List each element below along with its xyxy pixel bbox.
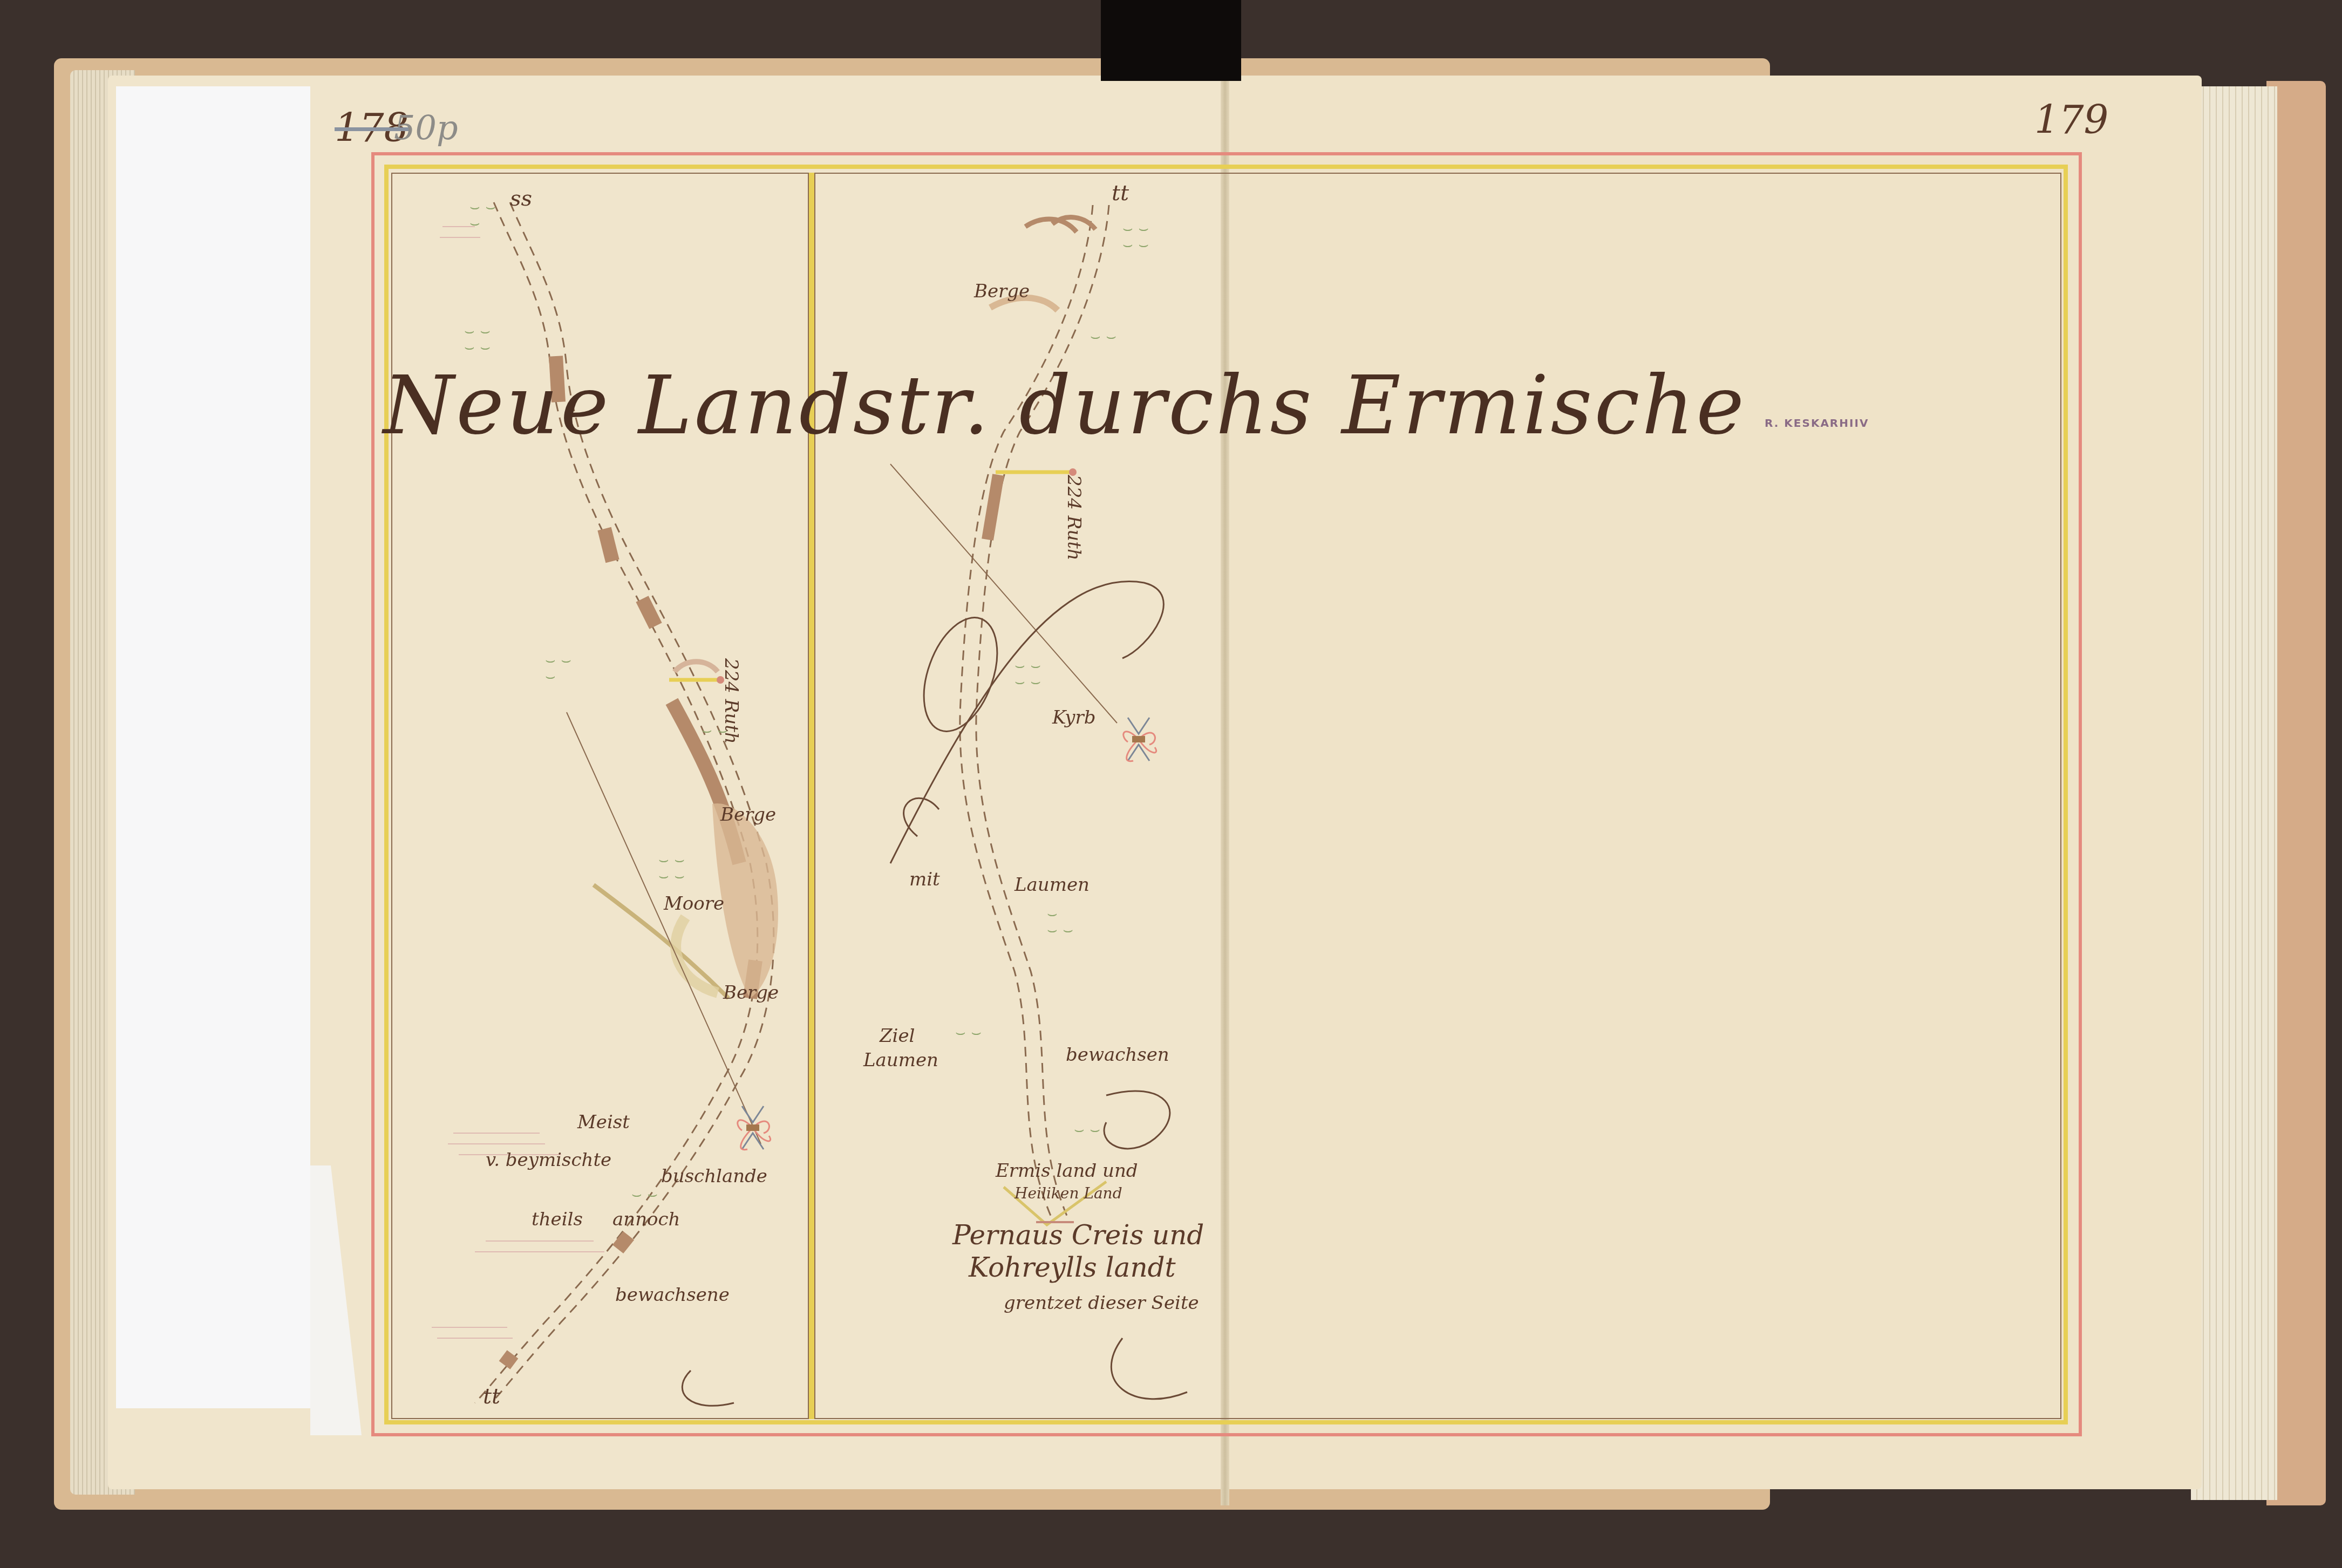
start-marker-strip-2: tt — [1112, 181, 1129, 206]
boundary-note-line-2: Heiliken Land — [1015, 1184, 1122, 1202]
compass-rose-icon-2 — [1124, 718, 1156, 761]
marsh-symbol: ⌣ ⌣⌣ — [469, 200, 496, 232]
marsh-symbol: ⌣ ⌣ — [1074, 1122, 1100, 1138]
label-annoch: annoch — [612, 1209, 680, 1230]
marsh-symbol: ⌣ ⌣⌣ ⌣ — [1122, 221, 1149, 254]
label-berge-strip-2: Berge — [974, 281, 1030, 302]
marsh-symbol: ⌣⌣ ⌣ — [1047, 906, 1073, 939]
label-berge-2: Berge — [723, 982, 779, 1004]
archive-stamp: R. KESKARHIIV — [1765, 417, 1869, 430]
label-bewachsen: bewachsen — [1066, 1044, 1169, 1066]
label-laumen-2: Laumen — [863, 1049, 938, 1071]
compass-rose-icon — [738, 1106, 771, 1150]
boundary-note-line-4: Kohreylls landt — [969, 1252, 1176, 1283]
marsh-symbol: ⌣ ⌣⌣ ⌣ — [464, 324, 491, 356]
distance-label-strip-1: 224 Ruth — [720, 658, 742, 744]
marsh-symbol: ⌣ ⌣⌣ ⌣ — [658, 853, 685, 885]
label-theils: theils — [532, 1209, 583, 1230]
label-laumen: Laumen — [1015, 874, 1090, 896]
label-bewachsene: bewachsene — [615, 1284, 730, 1306]
marsh-symbol: ⌣ ⌣⌣ — [545, 653, 571, 685]
marsh-symbol: ⌣ ⌣ — [631, 1187, 658, 1203]
label-berge: Berge — [720, 804, 776, 826]
marsh-symbol: ⌣ ⌣⌣ ⌣ — [1015, 658, 1041, 691]
start-marker-strip-1: ss — [510, 186, 532, 211]
label-ziel: Ziel — [880, 1025, 915, 1047]
hills-top — [1025, 217, 1095, 232]
boundary-note-line-1: Ermis land und — [996, 1160, 1138, 1182]
end-marker-strip-1: tt — [483, 1384, 500, 1409]
map-title: Neue Landstr. durchs Ermische — [383, 359, 1746, 453]
marsh-symbol: ⌣ ⌣ — [1090, 329, 1116, 345]
marsh-symbol: ⌣ ⌣ — [955, 1025, 982, 1041]
distance-label-strip-2: 224 Ruth — [1063, 475, 1085, 561]
label-kyrb: Kyrb — [1052, 707, 1095, 728]
road-segment-strip-2 — [988, 475, 998, 540]
label-meist: Meist — [577, 1112, 630, 1133]
boundary-note-line-5: grentzet dieser Seite — [1004, 1292, 1199, 1314]
label-moore: Moore — [664, 893, 724, 915]
label-beymischte: v. beymischte — [486, 1149, 611, 1171]
label-buschlande: buschlande — [661, 1165, 767, 1187]
label-mit: mit — [909, 869, 940, 890]
map-drawing — [0, 0, 2342, 1568]
boundary-note-line-3: Pernaus Creis und — [952, 1219, 1204, 1251]
